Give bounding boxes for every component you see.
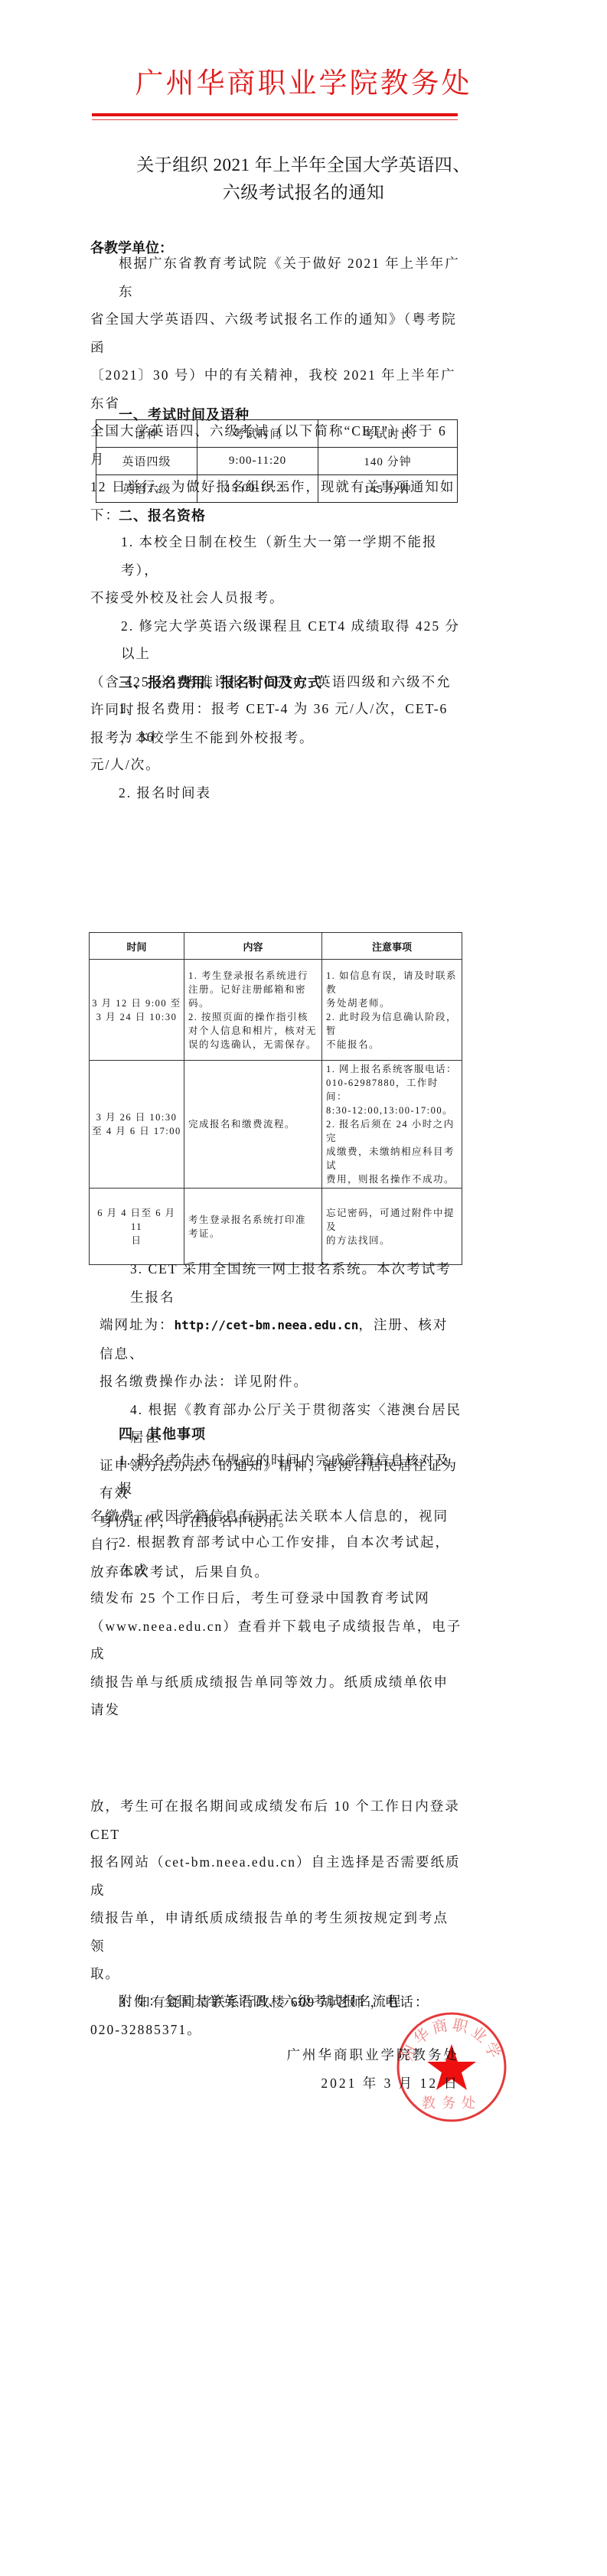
signature-org: 广州华商职业学院教务处 [230, 2041, 459, 2069]
cell-line: 成缴费，未缴纳相应科目考试 [326, 1145, 458, 1172]
cell-line: 完成报名和缴费流程。 [188, 1117, 318, 1131]
cell-line: 3 月 26 日 10:30 [91, 1110, 182, 1124]
cell-line: 码。 [188, 996, 318, 1010]
cell-line: 不能报名。 [326, 1038, 458, 1052]
cell-line: 1. 网上报名系统客服电话： [326, 1062, 458, 1076]
cell-line: 2. 此时段为信息确认阶段，暂 [326, 1010, 458, 1038]
table-header-row: 语种 考试时间 考试时长 [96, 420, 458, 448]
letterhead-rule-thin [92, 119, 458, 120]
cell-line: 误的勾选确认，无需保存。 [188, 1038, 318, 1052]
table-cell: 9:00-11:20 [197, 448, 318, 475]
cell-line: 1. 如信息有误，请及时联系教 [326, 969, 458, 996]
table-row: 3 月 12 日 9:00 至 3 月 24 日 10:30 1. 考生登录报名… [90, 960, 462, 1061]
schedule-notes-cell: 1. 如信息有误，请及时联系教 务处胡老师。 2. 此时段为信息确认阶段，暂 不… [322, 960, 462, 1061]
schedule-content-cell: 考生登录报名系统打印准 考证。 [184, 1189, 322, 1265]
schedule-time-cell: 6 月 4 日至 6 月 11 日 [90, 1189, 184, 1265]
other-item2-line: 放，考生可在报名期间或成绩发布后 10 个工作日内登录 CET [90, 1792, 462, 1848]
cell-line: 至 4 月 6 日 17:00 [91, 1124, 182, 1138]
exam-time-table: 语种 考试时间 考试时长 英语四级 9:00-11:20 140 分钟 英语六级… [96, 419, 458, 503]
table-header-cell: 考试时长 [318, 420, 458, 448]
document-title: 关于组织 2021 年上半年全国大学英语四、 六级考试报名的通知 [61, 152, 546, 207]
table-cell: 140 分钟 [318, 448, 458, 475]
table-header-cell: 考试时间 [197, 420, 318, 448]
cell-line: 的方法找回。 [326, 1234, 458, 1247]
table-cell: 英语六级 [96, 475, 197, 503]
table-cell: 145 分钟 [318, 475, 458, 503]
cell-line: 考生登录报名系统打印准 [188, 1213, 318, 1227]
section2-heading: 二、报名资格 [119, 505, 206, 525]
schedule-notes-cell: 忘记密码，可通过附件中提及 的方法找回。 [322, 1189, 462, 1265]
other-item1-line: 1. 报名考生未在规定的时间内完成学籍信息核对及报 [90, 1446, 462, 1502]
schedule-time-cell: 3 月 26 日 10:30 至 4 月 6 日 17:00 [90, 1061, 184, 1189]
item3-line2: 端网址为：http://cet-bm.neea.edu.cn，注册、核对信息、 [100, 1311, 462, 1368]
svg-text:教务处: 教务处 [422, 2095, 481, 2111]
item3-label: 端网址为： [100, 1317, 175, 1332]
table-header-cell: 时间 [90, 933, 184, 960]
other-item2-line: 报名网站（cet-bm.neea.edu.cn）自主选择是否需要纸质成 [90, 1848, 462, 1904]
table-cell: 英语四级 [96, 448, 197, 475]
cell-line: 日 [91, 1234, 182, 1247]
cell-line: 1. 考生登录报名系统进行 [188, 969, 318, 983]
document-title-line1: 关于组织 2021 年上半年全国大学英语四、 [61, 152, 546, 179]
letterhead-rule-thick [92, 113, 458, 116]
cell-line: 2. 按照页面的操作指引核 [188, 1010, 318, 1024]
other-item2-line: 取。 [90, 1960, 462, 1988]
cell-line: 3 月 12 日 9:00 至 [91, 996, 182, 1010]
table-cell: 15:00-17:25 [197, 475, 318, 503]
cell-line: 3 月 24 日 10:30 [91, 1010, 182, 1024]
table-row: 英语六级 15:00-17:25 145 分钟 [96, 475, 458, 503]
table-row: 3 月 26 日 10:30 至 4 月 6 日 17:00 完成报名和缴费流程… [90, 1061, 462, 1189]
table-row: 英语四级 9:00-11:20 140 分钟 [96, 448, 458, 475]
cell-line: 010-62987880，工作时间： [326, 1076, 458, 1104]
cell-line: 8:30-12:00,13:00-17:00。 [326, 1104, 458, 1117]
cell-line: 2. 报名后须在 24 小时之内完 [326, 1117, 458, 1145]
cell-line: 考证。 [188, 1227, 318, 1241]
section4-item2-part-a: 2. 根据教育部考试中心工作安排，自本次考试起，在成 绩发布 25 个工作日后，… [90, 1528, 462, 1724]
table-header-cell: 语种 [96, 420, 197, 448]
item3-line3: 报名缴费操作办法：详见附件。 [100, 1368, 462, 1396]
eligibility-item1-line2: 不接受外校及社会人员报考。 [90, 584, 462, 612]
section3-heading: 三、报名费用、报名时间及方式 [119, 672, 322, 692]
other-item2-line: （www.neea.edu.cn）查看并下载电子成绩报告单，电子成 [90, 1612, 462, 1668]
schedule-content-cell: 完成报名和缴费流程。 [184, 1061, 322, 1189]
other-item2-line: 2. 根据教育部考试中心工作安排，自本次考试起，在成 [90, 1528, 462, 1584]
section4-heading: 四、其他事项 [119, 1423, 206, 1443]
signature-date: 2021 年 3 月 12 日 [230, 2069, 459, 2098]
other-item2-line: 绩报告单与纸质成绩报告单同等效力。纸质成绩单依申请发 [90, 1668, 462, 1724]
registration-schedule-table: 时间 内容 注意事项 3 月 12 日 9:00 至 3 月 24 日 10:3… [89, 932, 462, 1265]
organization-letterhead: 广州华商职业学院教务处 [0, 60, 607, 101]
cell-line: 注册。记好注册邮箱和密 [188, 983, 318, 996]
intro-line: 省全国大学英语四、六级考试报名工作的通知》（粤考院函 [90, 305, 462, 361]
schedule-time-cell: 3 月 12 日 9:00 至 3 月 24 日 10:30 [90, 960, 184, 1061]
table-header-cell: 注意事项 [322, 933, 462, 960]
cell-line: 6 月 4 日至 6 月 11 [91, 1206, 182, 1234]
section3-fee: 1. 报名费用：报考 CET-4 为 36 元/人/次，CET-6 为 36 元… [90, 695, 462, 807]
intro-line: 根据广东省教育考试院《关于做好 2021 年上半年广东 [90, 249, 462, 305]
other-item2-line: 绩报告单，申请纸质成绩报告单的考生须按规定到考点领 [90, 1904, 462, 1960]
schedule-content-cell: 1. 考生登录报名系统进行 注册。记好注册邮箱和密 码。 2. 按照页面的操作指… [184, 960, 322, 1061]
schedule-label: 2. 报名时间表 [90, 779, 462, 807]
cell-line: 务处胡老师。 [326, 996, 458, 1010]
document-title-line2: 六级考试报名的通知 [61, 179, 546, 207]
cell-line: 费用，则报名操作不成功。 [326, 1172, 458, 1186]
eligibility-item2-line1: 2. 修完大学英语六级课程且 CET4 成绩取得 425 分以上 [90, 612, 462, 668]
other-item2-line: 绩发布 25 个工作日后，考生可登录中国教育考试网 [90, 1584, 462, 1612]
cell-line: 对个人信息和相片，核对无 [188, 1024, 318, 1038]
fee-line2: 元/人/次。 [90, 751, 462, 779]
eligibility-item1-line1: 1. 本校全日制在校生（新生大一第一学期不能报考）， [90, 528, 462, 584]
table-header-cell: 内容 [184, 933, 322, 960]
table-header-row: 时间 内容 注意事项 [90, 933, 462, 960]
cell-line: 忘记密码，可通过附件中提及 [326, 1206, 458, 1234]
schedule-notes-cell: 1. 网上报名系统客服电话： 010-62987880，工作时间： 8:30-1… [322, 1061, 462, 1189]
registration-url-link[interactable]: http://cet-bm.neea.edu.cn [175, 1318, 359, 1332]
table-row: 6 月 4 日至 6 月 11 日 考生登录报名系统打印准 考证。 忘记密码，可… [90, 1189, 462, 1265]
item3-line1: 3. CET 采用全国统一网上报名系统。本次考试考生报名 [100, 1255, 462, 1311]
fee-line1: 1. 报名费用：报考 CET-4 为 36 元/人/次，CET-6 为 36 [90, 695, 462, 751]
